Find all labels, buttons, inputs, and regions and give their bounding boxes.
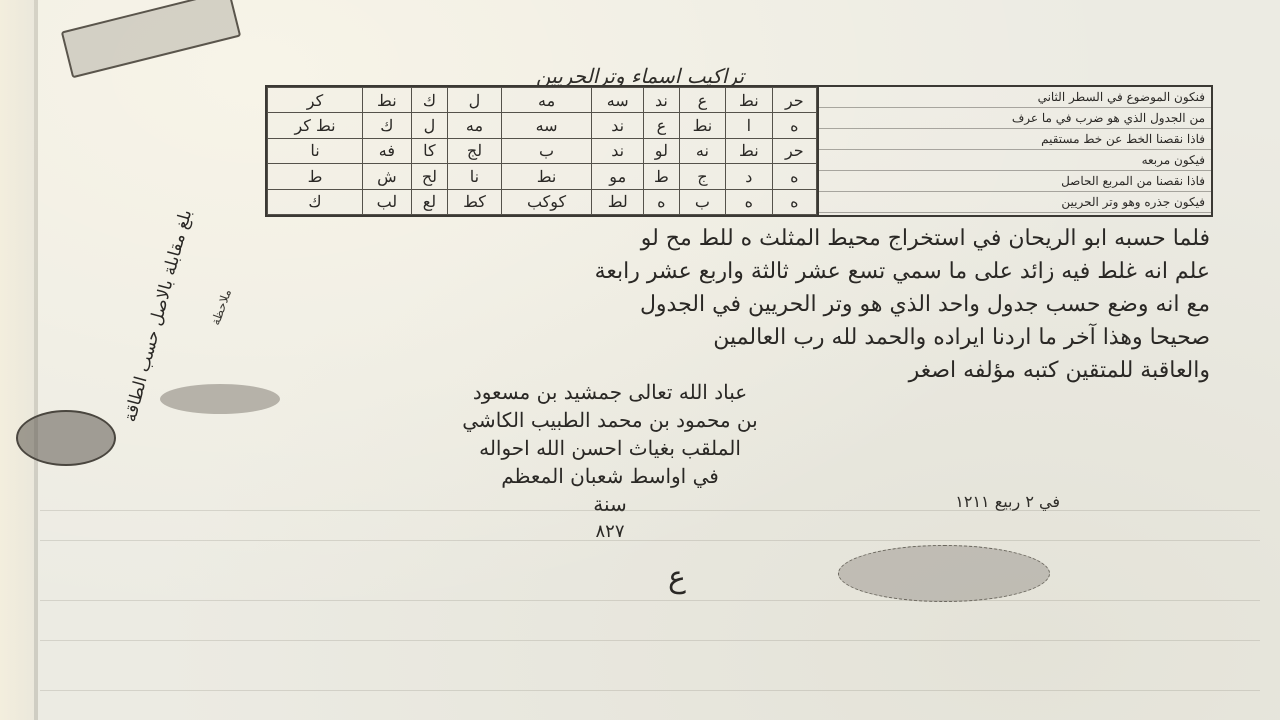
table-cell: سه <box>501 113 592 138</box>
bleed-through-line <box>40 640 1260 641</box>
main-text: فلما حسبه ابو الريحان في استخراج محيط ال… <box>160 222 1210 387</box>
table-cell: ند <box>644 88 680 113</box>
table-cell: ع <box>644 113 680 138</box>
year-value: ٨٢٧ <box>380 518 840 546</box>
table-cell: ج <box>679 164 725 189</box>
values-grid: حرنطعندسهمهلكنطكرهانطعندسهمهلكنط كرحرنطن… <box>267 87 817 215</box>
table-cell: كط <box>448 189 502 214</box>
table-cell: لج <box>448 138 502 163</box>
bottom-seal-icon <box>838 545 1050 602</box>
table-cell: ه <box>772 113 816 138</box>
colophon-line: في اواسط شعبان المعظم <box>380 462 840 490</box>
table-cell: ك <box>411 88 447 113</box>
table-cell: نط <box>679 113 725 138</box>
page-margin <box>0 0 34 720</box>
table-cell: لط <box>592 189 644 214</box>
table-cell: نا <box>268 138 363 163</box>
small-seal-icon <box>160 384 280 414</box>
table-cell: حر <box>772 138 816 163</box>
table-cell: ل <box>448 88 502 113</box>
binding-shadow <box>34 0 38 720</box>
table-cell: سه <box>592 88 644 113</box>
table-cell: ه <box>772 164 816 189</box>
row-label: فيكون جذره وهو وتر الحريين <box>819 192 1213 213</box>
date-note: في ٢ ربيع ١٢١١ <box>880 492 1060 511</box>
table-cell: كوكب <box>501 189 592 214</box>
row-label: فاذا نقصنا الخط عن خط مستقيم <box>819 129 1213 150</box>
table-row: حرنطنهلوندبلجكافهنا <box>268 138 817 163</box>
text-line: مع انه وضع حسب جدول واحد الذي هو وتر الح… <box>160 288 1210 321</box>
table-cell: ك <box>268 189 363 214</box>
row-label: فاذا نقصنا من المربع الحاصل <box>819 171 1213 192</box>
colophon: عباد الله تعالى جمشيد بن مسعود بن محمود … <box>380 378 840 546</box>
rectangular-stamp-icon <box>61 0 241 78</box>
table-cell: لو <box>644 138 680 163</box>
bleed-through-line <box>40 690 1260 691</box>
bleed-through-line <box>40 540 1260 541</box>
table-cell: لب <box>363 189 412 214</box>
table-cell: نط <box>726 88 772 113</box>
end-mark-icon: ع <box>668 560 686 595</box>
table-cell: كا <box>411 138 447 163</box>
colophon-line: بن محمود بن محمد الطبيب الكاشي <box>380 406 840 434</box>
table-cell: ند <box>592 138 644 163</box>
row-label: فيكون مربعه <box>819 150 1213 171</box>
table-cell: ك <box>363 113 412 138</box>
colophon-line: الملقب بغياث احسن الله احواله <box>380 434 840 462</box>
table-cell: كر <box>268 88 363 113</box>
table-cell: فه <box>363 138 412 163</box>
table-cell: ط <box>644 164 680 189</box>
table-cell: نا <box>448 164 502 189</box>
table-cell: حر <box>772 88 816 113</box>
row-label: فنكون الموضوع في السطر الثاني <box>819 87 1213 108</box>
text-line: صحيحا وهذا آخر ما اردنا ايراده والحمد لل… <box>160 321 1210 354</box>
table-cell: ع <box>679 88 725 113</box>
manuscript-page: تراكيب اسماء وترالحريين حرنطعندسهمهلكنطك… <box>0 0 1280 720</box>
text-line: فلما حسبه ابو الريحان في استخراج محيط ال… <box>160 222 1210 255</box>
table-cell: مه <box>448 113 502 138</box>
table-cell: نط كر <box>268 113 363 138</box>
table-cell: نط <box>363 88 412 113</box>
row-labels: فنكون الموضوع في السطر الثاني من الجدول … <box>817 87 1213 215</box>
table-cell: لع <box>411 189 447 214</box>
table-cell: ند <box>592 113 644 138</box>
bleed-through-line <box>40 600 1260 601</box>
table-cell: لح <box>411 164 447 189</box>
stamp-text <box>63 0 231 45</box>
year-label: سنة <box>380 490 840 518</box>
table-cell: نط <box>501 164 592 189</box>
bleed-through-line <box>40 510 1260 511</box>
table-cell: ب <box>501 138 592 163</box>
table-cell: د <box>726 164 772 189</box>
table-cell: ه <box>726 189 772 214</box>
table-cell: مو <box>592 164 644 189</box>
table-row: ههبهلطكوكبكطلعلبك <box>268 189 817 214</box>
values-table: حرنطعندسهمهلكنطكرهانطعندسهمهلكنط كرحرنطن… <box>265 85 1213 217</box>
table-cell: ه <box>644 189 680 214</box>
round-seal-icon <box>16 410 116 466</box>
table-cell: نط <box>726 138 772 163</box>
table-row: حرنطعندسهمهلكنطكر <box>268 88 817 113</box>
table-cell: ا <box>726 113 772 138</box>
table-row: هانطعندسهمهلكنط كر <box>268 113 817 138</box>
table-cell: مه <box>501 88 592 113</box>
table-cell: ب <box>679 189 725 214</box>
table-cell: ط <box>268 164 363 189</box>
text-line: علم انه غلط فيه زائد على ما سمي تسع عشر … <box>160 255 1210 288</box>
table-cell: نه <box>679 138 725 163</box>
table-cell: ل <box>411 113 447 138</box>
table-cell: ه <box>772 189 816 214</box>
colophon-line: عباد الله تعالى جمشيد بن مسعود <box>380 378 840 406</box>
row-label: من الجدول الذي هو ضرب في ما عرف <box>819 108 1213 129</box>
table-row: هدجطمونطنالحشط <box>268 164 817 189</box>
table-cell: ش <box>363 164 412 189</box>
